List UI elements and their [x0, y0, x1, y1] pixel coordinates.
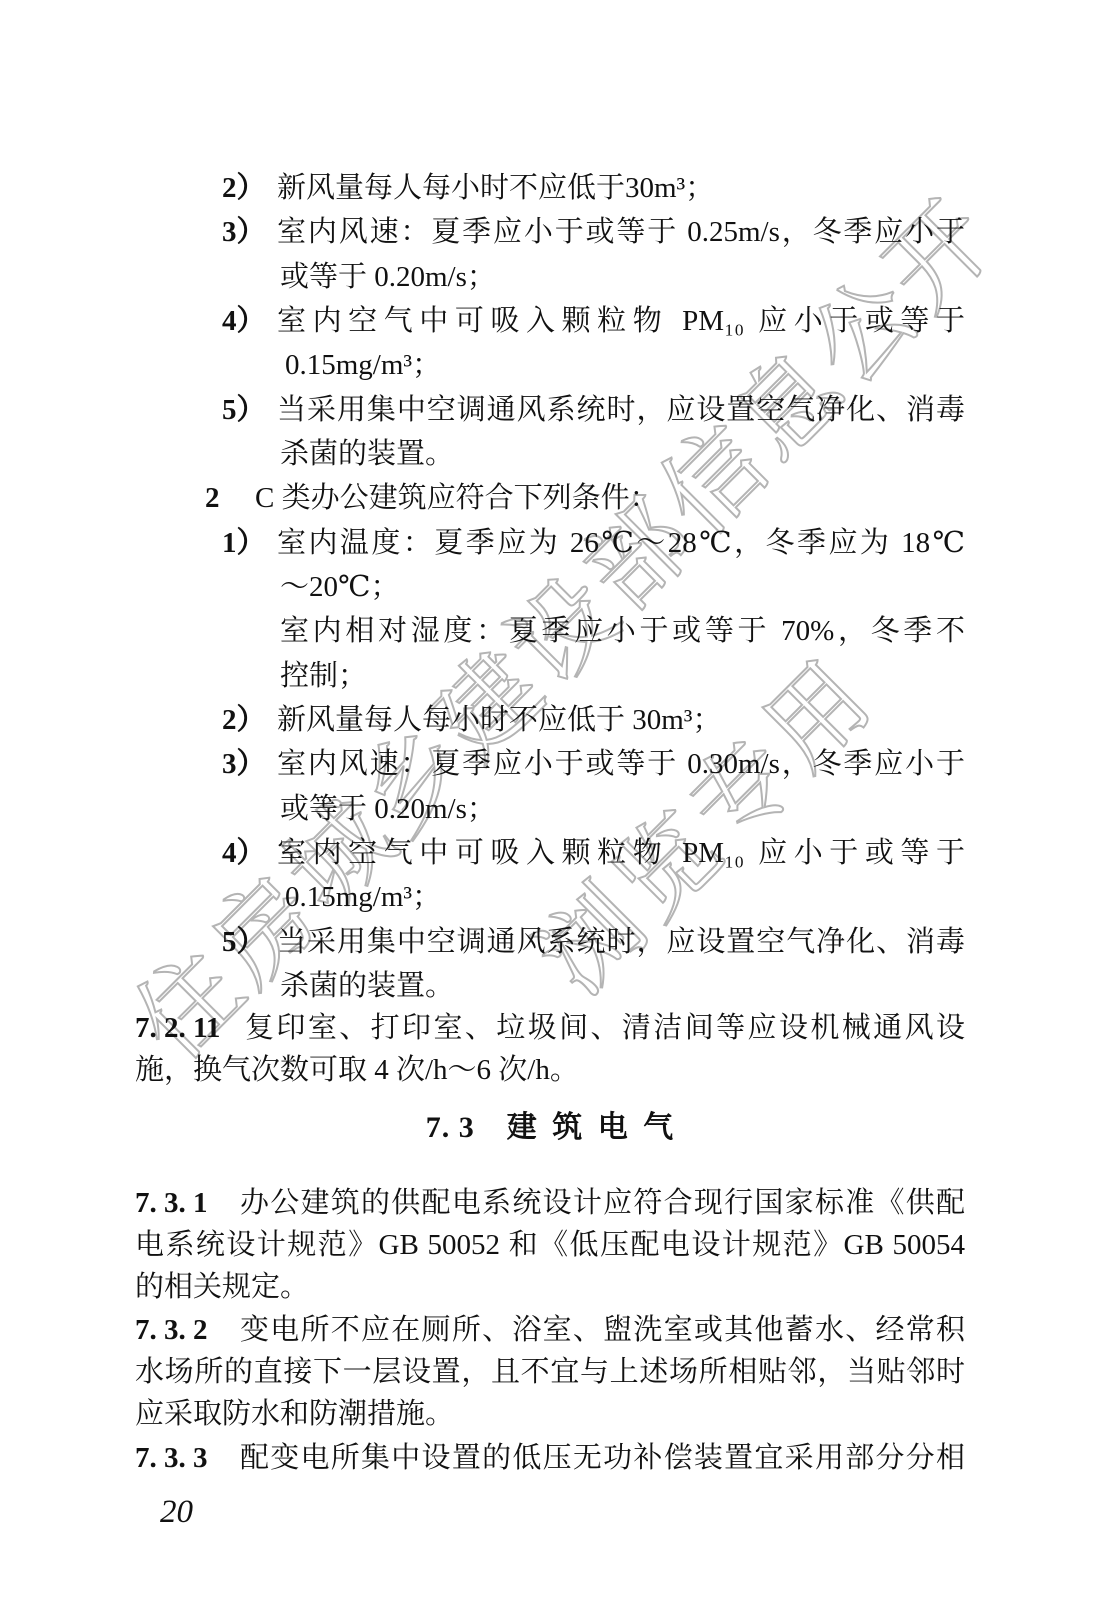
body-line: 的相关规定。	[135, 1269, 965, 1305]
list-item: 3） 室内风速：夏季应小于或等于 0.25m/s，冬季应小于	[0, 214, 1103, 256]
list-item-continuation: 或等于 0.20m/s；	[0, 791, 1103, 833]
list-item-continuation: 0.15mg/m³；	[0, 879, 1103, 921]
body-line: 应采取防水和防潮措施。	[135, 1396, 965, 1432]
item-number: 4）	[222, 303, 266, 339]
clause-paragraph: 7. 3. 1 办公建筑的供配电系统设计应符合现行国家标准《供配	[0, 1185, 1103, 1227]
body-line: 杀菌的装置。	[280, 968, 965, 1004]
body-line: 控制；	[280, 658, 965, 694]
document-page: 住房城乡建设部信息公开 浏览专用 2） 新风量每人每小时不应低于30m³； 3）…	[0, 0, 1103, 1597]
page-number: 20	[160, 1494, 193, 1531]
list-item-continuation: 室内相对湿度：夏季应小于或等于 70%，冬季不	[0, 613, 1103, 655]
body-line: 变电所不应在厕所、浴室、盥洗室或其他蓄水、经常积	[240, 1312, 965, 1348]
clause-paragraph: 7. 3. 3 配变电所集中设置的低压无功补偿装置宜采用部分分相	[0, 1440, 1103, 1482]
body-line: 水场所的直接下一层设置，且不宜与上述场所相贴邻，当贴邻时	[135, 1354, 965, 1390]
item-number: 2	[205, 480, 220, 516]
body-line: 配变电所集中设置的低压无功补偿装置宜采用部分分相	[240, 1440, 965, 1476]
clause-number: 7. 2. 11	[135, 1010, 220, 1046]
item-number: 2）	[222, 170, 266, 206]
clause-paragraph: 7. 2. 11 复印室、打印室、垃圾间、清洁间等应设机械通风设	[0, 1010, 1103, 1052]
clause-paragraph-continuation: 施，换气次数可取 4 次/h～6 次/h。	[0, 1052, 1103, 1094]
item-number: 5）	[222, 392, 266, 428]
list-item-continuation: 或等于 0.20m/s；	[0, 259, 1103, 301]
body-line: 室内相对湿度：夏季应小于或等于 70%，冬季不	[280, 613, 965, 649]
body-line: 室内风速：夏季应小于或等于 0.25m/s，冬季应小于	[277, 214, 965, 250]
list-item-continuation: 控制；	[0, 658, 1103, 700]
item-number: 4）	[222, 835, 266, 871]
body-line: 当采用集中空调通风系统时，应设置空气净化、消毒	[277, 392, 965, 428]
body-line: 或等于 0.20m/s；	[280, 259, 965, 295]
body-line: 室内空气中可吸入颗粒物 PM₁₀ 应小于或等于	[277, 303, 965, 339]
body-line: 或等于 0.20m/s；	[280, 791, 965, 827]
list-item-continuation: ～20℃；	[0, 569, 1103, 611]
item-number: 3）	[222, 214, 266, 250]
clause-number: 7. 3. 3	[135, 1440, 208, 1476]
body-line: 0.15mg/m³；	[285, 347, 965, 383]
clause-paragraph-continuation: 电系统设计规范》GB 50052 和《低压配电设计规范》GB 50054	[0, 1227, 1103, 1269]
item-number: 5）	[222, 924, 266, 960]
list-item: 2） 新风量每人每小时不应低于30m³；	[0, 170, 1103, 212]
body-line: C 类办公建筑应符合下列条件：	[255, 480, 965, 516]
body-line: 新风量每人每小时不应低于 30m³；	[277, 702, 965, 738]
body-line: 电系统设计规范》GB 50052 和《低压配电设计规范》GB 50054	[135, 1227, 965, 1263]
list-item-continuation: 杀菌的装置。	[0, 436, 1103, 478]
section-number: 7. 3	[426, 1111, 475, 1144]
body-line: 施，换气次数可取 4 次/h～6 次/h。	[135, 1052, 965, 1088]
list-item: 4） 室内空气中可吸入颗粒物 PM₁₀ 应小于或等于	[0, 835, 1103, 877]
body-line: 办公建筑的供配电系统设计应符合现行国家标准《供配	[240, 1185, 965, 1221]
clause-paragraph-continuation: 的相关规定。	[0, 1269, 1103, 1311]
clause-number: 7. 3. 1	[135, 1185, 208, 1221]
list-item: 2） 新风量每人每小时不应低于 30m³；	[0, 702, 1103, 744]
body-line: 新风量每人每小时不应低于30m³；	[277, 170, 965, 206]
body-line: 当采用集中空调通风系统时，应设置空气净化、消毒	[277, 924, 965, 960]
clause-number: 7. 3. 2	[135, 1312, 208, 1348]
section-heading: 7. 3建 筑 电 气	[0, 1110, 1103, 1146]
body-line: ～20℃；	[280, 569, 965, 605]
list-item: 3） 室内风速：夏季应小于或等于 0.30m/s，冬季应小于	[0, 746, 1103, 788]
list-item-continuation: 杀菌的装置。	[0, 968, 1103, 1010]
section-title: 建 筑 电 气	[507, 1111, 678, 1144]
sub-clause: 2 C 类办公建筑应符合下列条件：	[0, 480, 1103, 522]
body-line: 杀菌的装置。	[280, 436, 965, 472]
clause-paragraph: 7. 3. 2 变电所不应在厕所、浴室、盥洗室或其他蓄水、经常积	[0, 1312, 1103, 1354]
list-item: 1） 室内温度：夏季应为 26℃～28℃，冬季应为 18℃	[0, 525, 1103, 567]
clause-paragraph-continuation: 水场所的直接下一层设置，且不宜与上述场所相贴邻，当贴邻时	[0, 1354, 1103, 1396]
item-number: 1）	[222, 525, 266, 561]
body-line: 0.15mg/m³；	[285, 879, 965, 915]
body-line: 复印室、打印室、垃圾间、清洁间等应设机械通风设	[245, 1010, 965, 1046]
body-line: 室内空气中可吸入颗粒物 PM₁₀ 应小于或等于	[277, 835, 965, 871]
item-number: 3）	[222, 746, 266, 782]
body-line: 室内风速：夏季应小于或等于 0.30m/s，冬季应小于	[277, 746, 965, 782]
body-line: 室内温度：夏季应为 26℃～28℃，冬季应为 18℃	[277, 525, 965, 561]
list-item: 5） 当采用集中空调通风系统时，应设置空气净化、消毒	[0, 924, 1103, 966]
list-item: 5） 当采用集中空调通风系统时，应设置空气净化、消毒	[0, 392, 1103, 434]
list-item: 4） 室内空气中可吸入颗粒物 PM₁₀ 应小于或等于	[0, 303, 1103, 345]
clause-paragraph-continuation: 应采取防水和防潮措施。	[0, 1396, 1103, 1438]
list-item-continuation: 0.15mg/m³；	[0, 347, 1103, 389]
item-number: 2）	[222, 702, 266, 738]
